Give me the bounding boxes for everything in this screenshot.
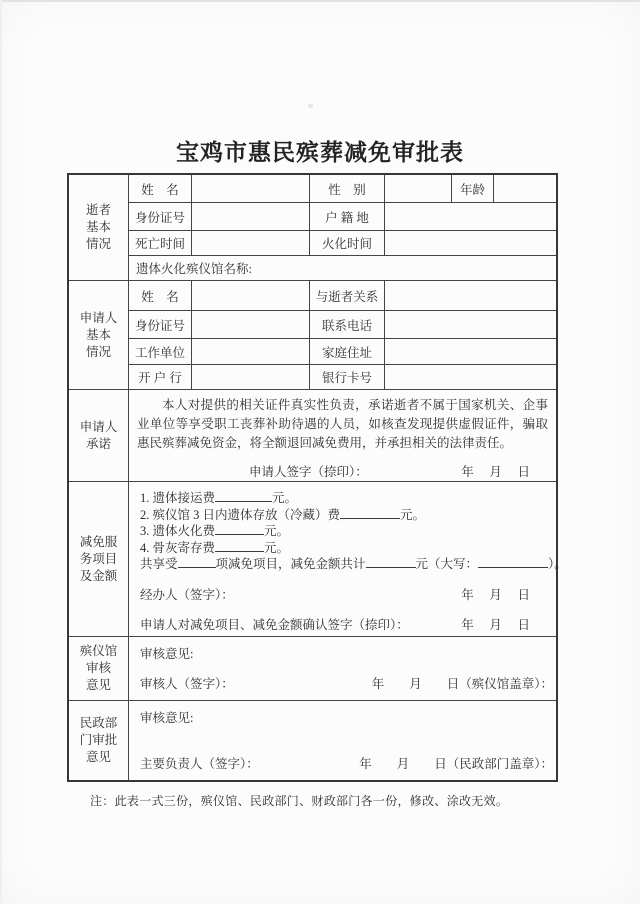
- funeral-review-section-label: 殡仪馆 审核 意见: [69, 637, 129, 700]
- home-address-label: 家庭住址: [310, 339, 385, 364]
- reduction-summary-line: 共享受项减免项目，减免金额共计元（大写：）。: [140, 556, 530, 573]
- deceased-id-label: 身份证号: [129, 203, 192, 230]
- deceased-age-label: 年龄: [452, 175, 494, 202]
- applicant-name-label: 姓 名: [129, 281, 192, 310]
- deceased-id-value: [192, 203, 310, 230]
- fill-blank: [366, 556, 416, 568]
- summary-part4: ）。: [548, 557, 567, 571]
- cremation-time-value: [385, 231, 556, 255]
- civil-approval-section: 民政部 门审批 意见 审核意见: 主要负责人（签字）： 年 月 日（民政部门盖章…: [69, 700, 556, 780]
- death-time-label: 死亡时间: [129, 231, 192, 255]
- applicant-info-section: 申请人 基本 情况 姓 名 与逝者关系 身份证号 联系电话 工作单位: [69, 280, 556, 389]
- applicant-confirm-row: 申请人对减免项目、减免金额确认签字（捺印）： 年 月 日: [140, 615, 530, 633]
- civil-review-opinion-label: 审核意见:: [140, 708, 553, 726]
- applicant-row-bank: 开 户 行 银行卡号: [129, 365, 556, 389]
- work-unit-label: 工作单位: [129, 339, 192, 364]
- deceased-section-label: 逝者 基本 情况: [69, 175, 129, 280]
- funeral-review-opinion-label: 审核意见:: [140, 644, 553, 662]
- deceased-row-name: 姓 名 性 别 年龄: [129, 175, 556, 203]
- deceased-residence-label: 户 籍 地: [310, 203, 385, 230]
- commitment-date-placeholder: 年 月 日: [461, 462, 530, 480]
- commitment-section: 申请人 承诺 本人对提供的相关证件真实性负责，承诺逝者不属于国家机关、企事业单位…: [69, 389, 556, 481]
- civil-approval-section-label: 民政部 门审批 意见: [69, 701, 129, 780]
- fill-blank: [478, 556, 548, 568]
- deceased-gender-value: [385, 175, 452, 202]
- fill-blank: [215, 523, 264, 535]
- deceased-residence-value: [385, 203, 556, 230]
- applicant-section-label: 申请人 基本 情况: [69, 281, 129, 389]
- summary-part1: 共享受: [140, 557, 178, 571]
- funeral-home-name-label: 遗体火化殡仪馆名称:: [129, 256, 556, 280]
- funeral-reviewer-row: 审核人（签字）： 年 月 日（殡仪馆盖章）：: [140, 674, 553, 692]
- civil-responsible-sign-label: 主要负责人（签字）：: [140, 754, 259, 772]
- deceased-gender-label: 性 别: [310, 175, 385, 202]
- fill-blank: [215, 490, 272, 502]
- phone-label: 联系电话: [310, 311, 385, 338]
- fill-blank: [178, 556, 216, 568]
- item3-unit: 元。: [264, 524, 289, 538]
- deceased-row-times: 死亡时间 火化时间: [129, 231, 556, 256]
- handler-sign-label: 经办人（签字）：: [140, 585, 234, 603]
- deceased-row-funeral-home: 遗体火化殡仪馆名称:: [129, 256, 556, 280]
- fill-blank: [215, 540, 264, 552]
- reduction-item-1: 1. 遗体接运费元。: [140, 490, 530, 507]
- applicant-id-value: [192, 311, 310, 338]
- reduction-item-4: 4. 骨灰寄存费元。: [140, 540, 530, 557]
- scan-artifact-top: [0, 0, 640, 2]
- phone-value: [385, 311, 556, 338]
- item1-text: 1. 遗体接运费: [140, 491, 215, 505]
- civil-responsible-row: 主要负责人（签字）： 年 月 日（民政部门盖章）：: [140, 754, 553, 772]
- applicant-row-id: 身份证号 联系电话: [129, 311, 556, 339]
- handler-sign-row: 经办人（签字）： 年 月 日: [140, 585, 530, 603]
- funeral-date-seal-label: 年 月 日（殡仪馆盖章）：: [372, 674, 553, 692]
- fill-blank: [340, 507, 400, 519]
- work-unit-value: [192, 339, 310, 364]
- footer-note: 注：此表一式三份，殡仪馆、民政部门、财政部门各一份，修改、涂改无效。: [90, 792, 508, 809]
- deceased-name-value: [192, 175, 310, 202]
- reduction-section: 减免服 务项目 及金额 1. 遗体接运费元。 2. 殡仪馆 3 日内遗体存放（冷…: [69, 481, 556, 636]
- funeral-review-section: 殡仪馆 审核 意见 审核意见: 审核人（签字）： 年 月 日（殡仪馆盖章）：: [69, 636, 556, 700]
- summary-part2: 项减免项目，减免金额共计: [216, 557, 366, 571]
- item2-text: 2. 殡仪馆 3 日内遗体存放（冷藏）费: [140, 508, 340, 522]
- scan-speck: [308, 104, 313, 108]
- commitment-section-label: 申请人 承诺: [69, 390, 129, 481]
- applicant-name-value: [192, 281, 310, 310]
- deceased-info-section: 逝者 基本 情况 姓 名 性 别 年龄 身份证号 户 籍 地 死亡: [69, 175, 556, 280]
- cremation-time-label: 火化时间: [310, 231, 385, 255]
- relation-label: 与逝者关系: [310, 281, 385, 310]
- reduction-item-2: 2. 殡仪馆 3 日内遗体存放（冷藏）费元。: [140, 507, 530, 524]
- bank-value: [192, 365, 310, 389]
- form-title: 宝鸡市惠民殡葬减免审批表: [0, 134, 640, 167]
- item1-unit: 元。: [272, 491, 297, 505]
- summary-part3: 元（大写：: [416, 557, 479, 571]
- reduction-item-3: 3. 遗体火化费元。: [140, 523, 530, 540]
- approval-form-table: 逝者 基本 情况 姓 名 性 别 年龄 身份证号 户 籍 地 死亡: [67, 173, 558, 782]
- item4-text: 4. 骨灰寄存费: [140, 541, 215, 555]
- death-time-value: [192, 231, 310, 255]
- card-number-label: 银行卡号: [310, 365, 385, 389]
- applicant-row-work: 工作单位 家庭住址: [129, 339, 556, 365]
- deceased-age-value: [494, 175, 556, 202]
- item4-unit: 元。: [264, 541, 289, 555]
- bank-label: 开 户 行: [129, 365, 192, 389]
- applicant-row-name: 姓 名 与逝者关系: [129, 281, 556, 311]
- deceased-name-label: 姓 名: [129, 175, 192, 202]
- reduction-section-label: 减免服 务项目 及金额: [69, 482, 129, 636]
- item3-text: 3. 遗体火化费: [140, 524, 215, 538]
- commitment-text: 本人对提供的相关证件真实性负责，承诺逝者不属于国家机关、企事业单位等享受职工丧葬…: [137, 396, 548, 453]
- funeral-reviewer-sign-label: 审核人（签字）：: [140, 674, 234, 692]
- applicant-confirm-label: 申请人对减免项目、减免金额确认签字（捺印）：: [140, 615, 409, 633]
- handler-date-placeholder: 年 月 日: [461, 585, 530, 603]
- applicant-id-label: 身份证号: [129, 311, 192, 338]
- scanned-form-page: 宝鸡市惠民殡葬减免审批表 逝者 基本 情况 姓 名 性 别 年龄 身份证号 户 …: [0, 0, 640, 904]
- item2-unit: 元。: [400, 508, 425, 522]
- relation-value: [385, 281, 556, 310]
- confirm-date-placeholder: 年 月 日: [461, 615, 530, 633]
- applicant-sign-label: 申请人签字（捺印）：: [249, 462, 368, 480]
- commitment-sign-row: 申请人签字（捺印）： 年 月 日: [249, 462, 530, 480]
- deceased-row-id: 身份证号 户 籍 地: [129, 203, 556, 231]
- card-number-value: [385, 365, 556, 389]
- civil-date-seal-label: 年 月 日（民政部门盖章）：: [359, 754, 553, 772]
- home-address-value: [385, 339, 556, 364]
